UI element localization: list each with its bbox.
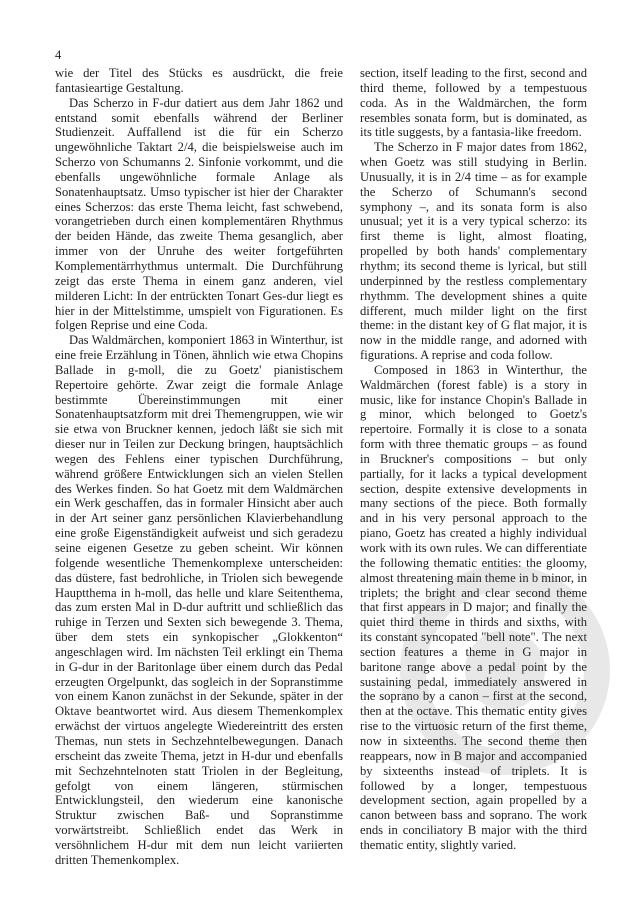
page-number: 4	[55, 48, 61, 63]
english-paragraph-2: The Scherzo in F major dates from 1862, …	[360, 140, 587, 363]
english-text-column: section, itself leading to the first, se…	[360, 66, 587, 853]
english-paragraph-1: section, itself leading to the first, se…	[360, 66, 587, 140]
german-paragraph-2: Das Scherzo in F-dur datiert aus dem Jah…	[55, 96, 343, 334]
english-paragraph-3: Composed in 1863 in Winterthur, the Wald…	[360, 363, 587, 853]
german-text-column: wie der Titel des Stücks es ausdrückt, d…	[55, 66, 343, 868]
german-paragraph-1: wie der Titel des Stücks es ausdrückt, d…	[55, 66, 343, 96]
german-paragraph-3: Das Waldmärchen, komponiert 1863 in Wint…	[55, 333, 343, 867]
